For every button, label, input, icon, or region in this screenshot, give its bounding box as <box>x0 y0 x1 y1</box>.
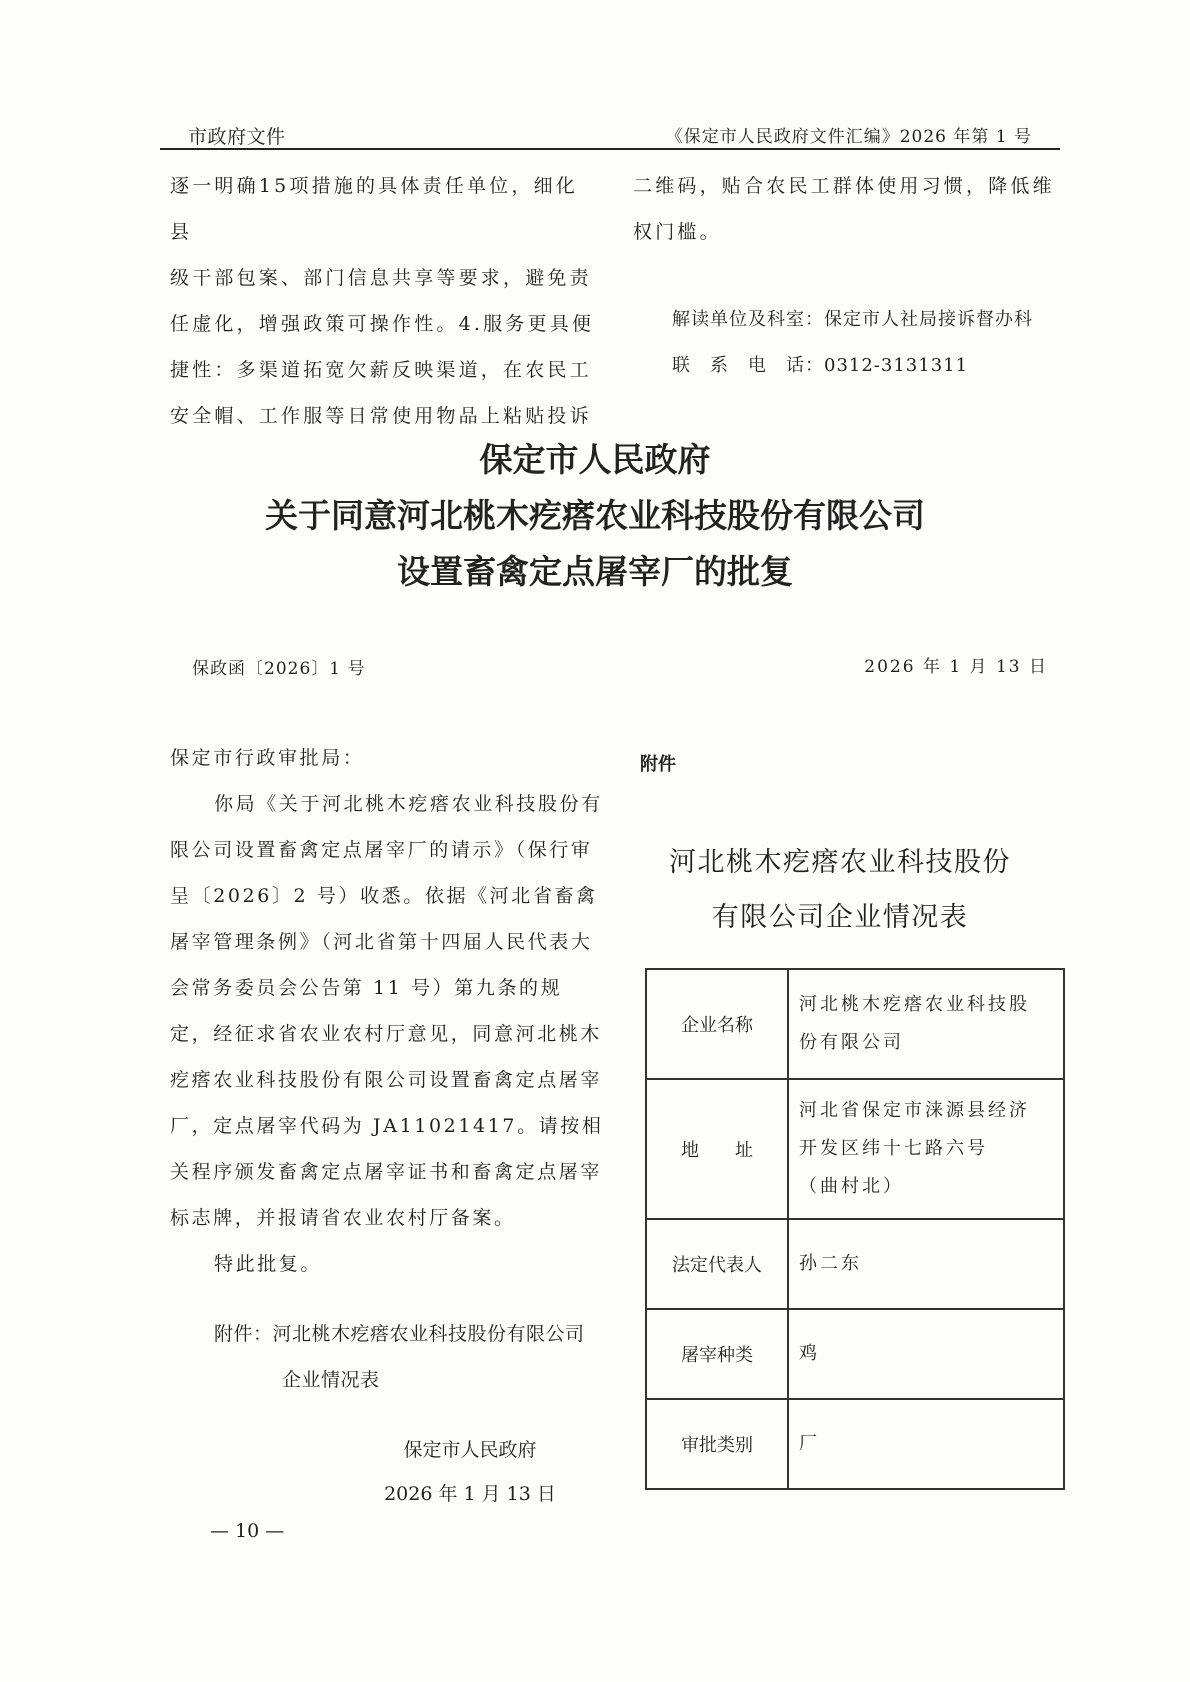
row-key: 屠宰种类 <box>646 1309 788 1399</box>
header-section-label: 市政府文件 <box>188 122 286 149</box>
row-key: 法定代表人 <box>646 1219 788 1309</box>
enterprise-info-table: 企业名称 河北桃木疙瘩农业科技股 份有限公司 地 址 河北省保定市涞源县经济 开… <box>645 968 1065 1490</box>
attachment-title-line: 河北桃木疙瘩农业科技股份 <box>630 835 1050 890</box>
table-row: 地 址 河北省保定市涞源县经济 开发区纬十七路六号 （曲村北） <box>646 1079 1064 1219</box>
header-divider <box>160 148 1060 150</box>
text-line: 级干部包案、部门信息共享等要求，避免责 <box>170 255 600 301</box>
text-line: 权门槛。 <box>633 209 1063 255</box>
value-line: 河北桃木疙瘩农业科技股 <box>799 986 1053 1024</box>
row-key: 企业名称 <box>646 969 788 1079</box>
page-number: — 10 — <box>210 1520 284 1542</box>
document-date: 2026 年 1 月 13 日 <box>864 652 1048 677</box>
header-publication: 《保定市人民政府文件汇编》2026 年第 1 号 <box>666 122 1032 147</box>
row-value: 河北桃木疙瘩农业科技股 份有限公司 <box>788 969 1064 1079</box>
title-line: 关于同意河北桃木疙瘩农业科技股份有限公司 <box>0 488 1190 544</box>
continued-text-right: 二维码，贴合农民工群体使用习惯，降低维 权门槛。 <box>633 163 1063 255</box>
title-line: 设置畜禽定点屠宰厂的批复 <box>0 544 1190 600</box>
text-line: 二维码，贴合农民工群体使用习惯，降低维 <box>633 163 1063 209</box>
table-row: 屠宰种类 鸡 <box>646 1309 1064 1399</box>
title-line: 保定市人民政府 <box>0 432 1190 488</box>
closing: 特此批复。 <box>170 1241 605 1287</box>
contact-phone: 联 系 电 话：0312-3131311 <box>672 343 1033 389</box>
value-line: 份有限公司 <box>799 1024 1053 1062</box>
text-line: 逐一明确15项措施的具体责任单位，细化县 <box>170 163 600 255</box>
text-line: 捷性：多渠道拓宽欠薪反映渠道，在农民工 <box>170 347 600 393</box>
row-value: 河北省保定市涞源县经济 开发区纬十七路六号 （曲村北） <box>788 1079 1064 1219</box>
body-paragraph: 你局《关于河北桃木疙瘩农业科技股份有限公司设置畜禽定点屠宰厂的请示》（保行审呈〔… <box>170 781 605 1241</box>
text-line: 任虚化，增强政策可操作性。4.服务更具便 <box>170 301 600 347</box>
document-body: 保定市行政审批局： 你局《关于河北桃木疙瘩农业科技股份有限公司设置畜禽定点屠宰厂… <box>170 735 605 1403</box>
signature-org: 保定市人民政府 <box>360 1428 580 1472</box>
interpretation-info: 解读单位及科室：保定市人社局接诉督办科 联 系 电 话：0312-3131311 <box>672 297 1033 389</box>
value-line: （曲村北） <box>799 1168 1053 1206</box>
interpretation-unit: 解读单位及科室：保定市人社局接诉督办科 <box>672 297 1033 343</box>
value-line: 开发区纬十七路六号 <box>799 1130 1053 1168</box>
addressee: 保定市行政审批局： <box>170 735 605 781</box>
table-row: 法定代表人 孙二东 <box>646 1219 1064 1309</box>
table-row: 审批类别 厂 <box>646 1399 1064 1489</box>
attachment-note: 附件：河北桃木疙瘩农业科技股份有限公司 <box>170 1311 605 1357</box>
row-key: 审批类别 <box>646 1399 788 1489</box>
signature-date: 2026 年 1 月 13 日 <box>360 1472 580 1516</box>
row-value: 孙二东 <box>788 1219 1064 1309</box>
attachment-label: 附件 <box>640 750 676 776</box>
row-key: 地 址 <box>646 1079 788 1219</box>
attachment-title: 河北桃木疙瘩农业科技股份 有限公司企业情况表 <box>630 835 1050 945</box>
row-value: 厂 <box>788 1399 1064 1489</box>
row-value: 鸡 <box>788 1309 1064 1399</box>
attachment-title-line: 有限公司企业情况表 <box>630 890 1050 945</box>
attachment-note-cont: 企业情况表 <box>170 1357 605 1403</box>
value-line: 河北省保定市涞源县经济 <box>799 1092 1053 1130</box>
table-row: 企业名称 河北桃木疙瘩农业科技股 份有限公司 <box>646 969 1064 1079</box>
signature: 保定市人民政府 2026 年 1 月 13 日 <box>360 1428 580 1516</box>
document-title: 保定市人民政府 关于同意河北桃木疙瘩农业科技股份有限公司 设置畜禽定点屠宰厂的批… <box>0 432 1190 600</box>
document-number: 保政函〔2026〕1 号 <box>192 654 365 679</box>
continued-text-left: 逐一明确15项措施的具体责任单位，细化县 级干部包案、部门信息共享等要求，避免责… <box>170 163 600 439</box>
